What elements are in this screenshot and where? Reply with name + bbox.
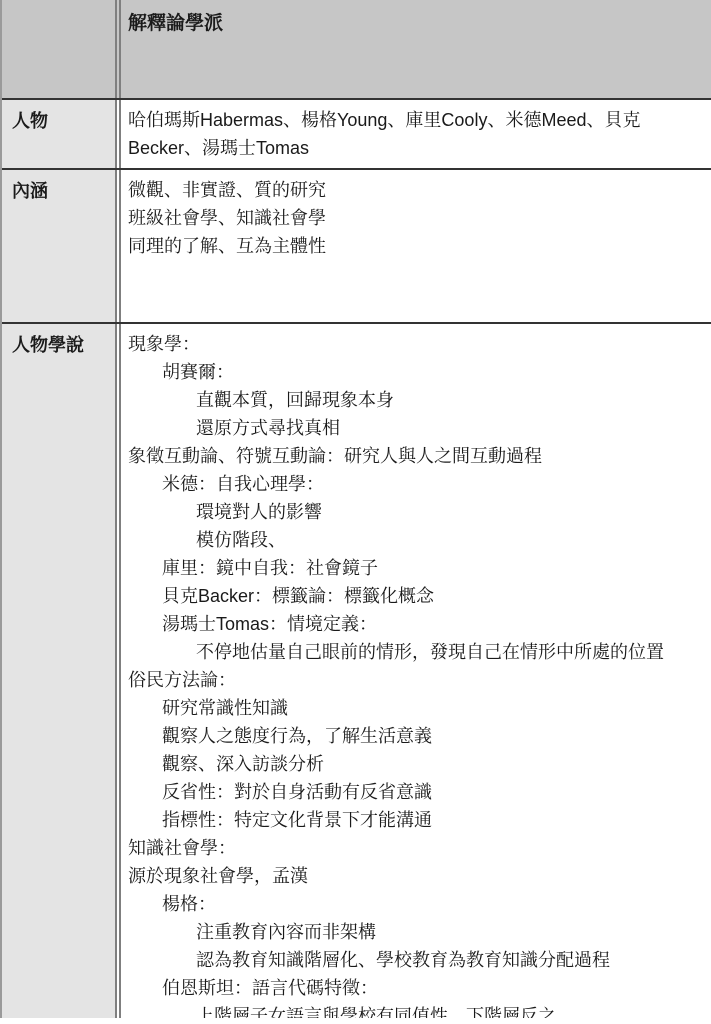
table-row-people: 人物 哈伯瑪斯Habermas、楊格Young、庫里Cooly、米德Meed、貝… (2, 100, 711, 170)
content-line: 胡賽爾： (128, 358, 701, 386)
content-line: 知識社會學： (128, 834, 701, 862)
content-line: 湯瑪士Tomas：情境定義： (128, 610, 701, 638)
row-label-meaning: 內涵 (2, 170, 115, 322)
content-line: 俗民方法論： (128, 666, 701, 694)
content-line: 微觀、非實證、質的研究 (128, 176, 701, 204)
row-label-people: 人物 (2, 100, 115, 168)
content-line: 楊格： (128, 890, 701, 918)
content-line: 研究常識性知識 (128, 694, 701, 722)
content-line: 模仿階段、 (128, 526, 701, 554)
content-line: 上階層子女語言與學校有同值性，下階層反之 (128, 1002, 701, 1018)
table-title: 解釋論學派 (128, 10, 701, 38)
row-content-meaning: 微觀、非實證、質的研究班級社會學、知識社會學同理的了解、互為主體性 (115, 170, 711, 322)
content-line: 注重教育內容而非架構 (128, 918, 701, 946)
content-line: 源於現象社會學，孟漢 (128, 862, 701, 890)
content-line: 指標性：特定文化背景下才能溝通 (128, 806, 701, 834)
table-header-row: 解釋論學派 (2, 0, 711, 100)
content-line: 哈伯瑪斯Habermas、楊格Young、庫里Cooly、米德Meed、貝克Be… (128, 106, 701, 162)
row-label-theories: 人物學說 (2, 324, 115, 1018)
table-row-meaning: 內涵 微觀、非實證、質的研究班級社會學、知識社會學同理的了解、互為主體性 (2, 170, 711, 324)
content-line: 象徵互動論、符號互動論：研究人與人之間互動過程 (128, 442, 701, 470)
content-line: 觀察人之態度行為，了解生活意義 (128, 722, 701, 750)
content-line: 貝克Backer：標籤論：標籤化概念 (128, 582, 701, 610)
header-title-cell: 解釋論學派 (115, 0, 711, 98)
content-line: 不停地估量自己眼前的情形，發現自己在情形中所處的位置 (128, 638, 701, 666)
table-row-theories: 人物學說 現象學：胡賽爾：直觀本質，回歸現象本身還原方式尋找真相象徵互動論、符號… (2, 324, 711, 1018)
content-line: 觀察、深入訪談分析 (128, 750, 701, 778)
content-line: 庫里：鏡中自我：社會鏡子 (128, 554, 701, 582)
content-line: 認為教育知識階層化、學校教育為教育知識分配過程 (128, 946, 701, 974)
content-line: 環境對人的影響 (128, 498, 701, 526)
content-line: 還原方式尋找真相 (128, 414, 701, 442)
row-content-people: 哈伯瑪斯Habermas、楊格Young、庫里Cooly、米德Meed、貝克Be… (115, 100, 711, 168)
content-line: 米德：自我心理學： (128, 470, 701, 498)
content-line: 伯恩斯坦：語言代碼特徵： (128, 974, 701, 1002)
row-content-theories: 現象學：胡賽爾：直觀本質，回歸現象本身還原方式尋找真相象徵互動論、符號互動論：研… (115, 324, 711, 1018)
notes-table: 解釋論學派 人物 哈伯瑪斯Habermas、楊格Young、庫里Cooly、米德… (0, 0, 711, 1018)
header-corner-cell (2, 0, 115, 98)
content-line: 直觀本質，回歸現象本身 (128, 386, 701, 414)
content-line: 現象學： (128, 330, 701, 358)
content-line: 班級社會學、知識社會學 (128, 204, 701, 232)
content-line: 反省性：對於自身活動有反省意識 (128, 778, 701, 806)
content-line: 同理的了解、互為主體性 (128, 232, 701, 260)
